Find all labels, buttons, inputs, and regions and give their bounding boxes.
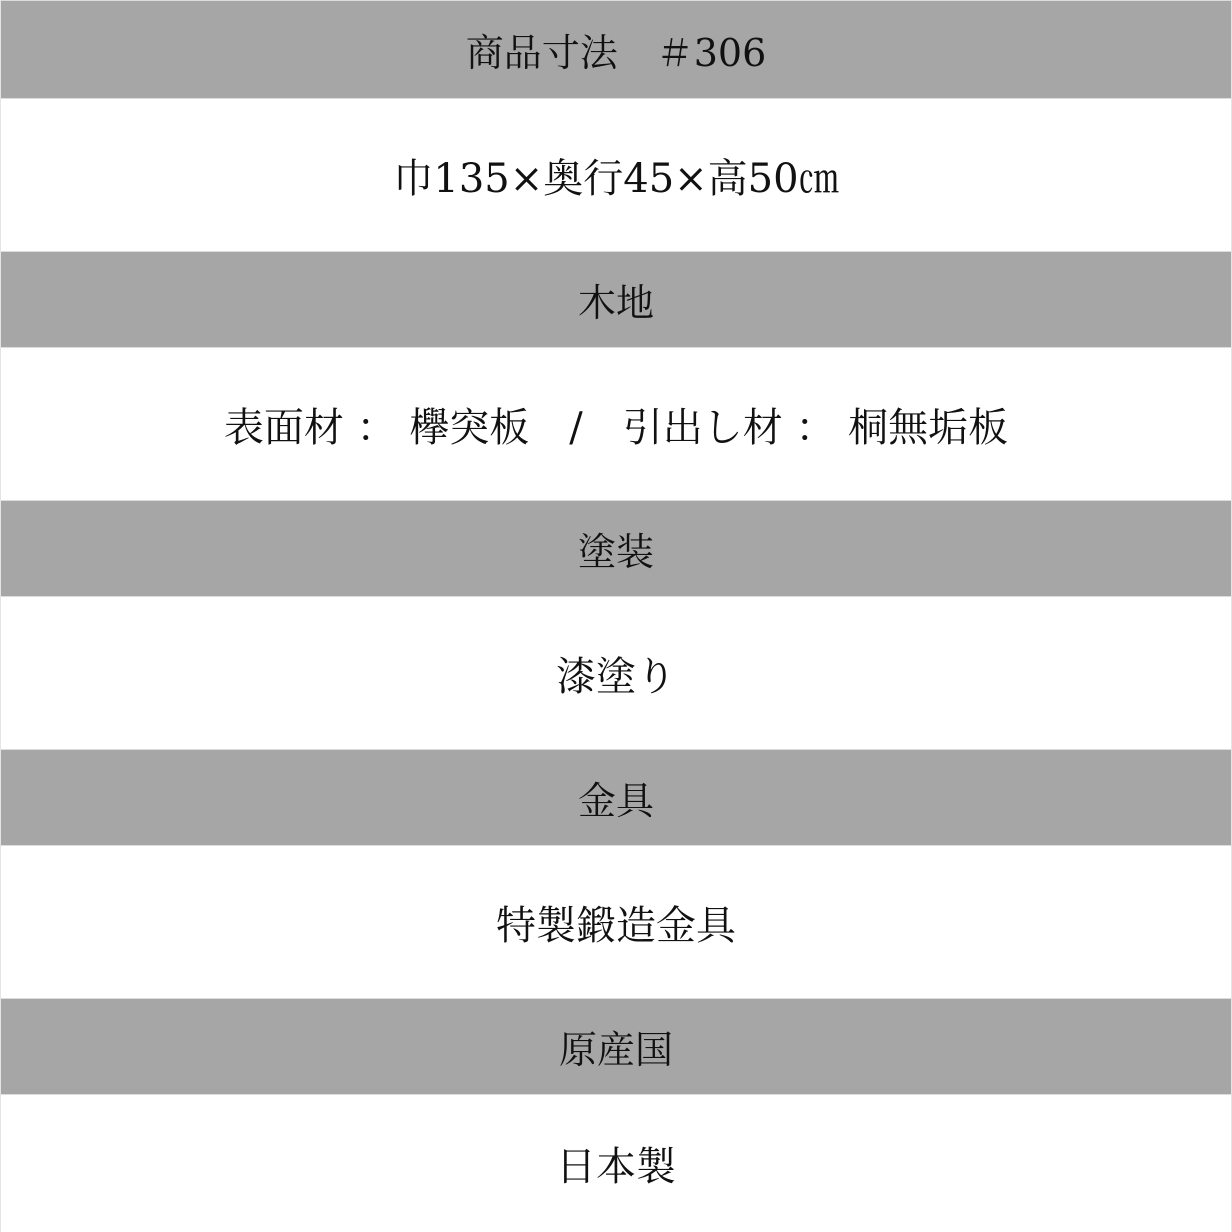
header-label: 塗装 xyxy=(578,521,654,576)
spec-header-hardware: 金具 xyxy=(1,749,1231,846)
spec-header-origin: 原産国 xyxy=(1,998,1231,1095)
header-label: 金具 xyxy=(578,770,654,825)
value-text: 漆塗り xyxy=(556,645,676,702)
header-label: 原産国 xyxy=(559,1019,673,1074)
spec-value-hardware: 特製鍛造金具 xyxy=(1,846,1231,998)
spec-value-dimensions: 巾135×奥行45×高50㎝ xyxy=(1,99,1231,251)
value-text: 巾135×奥行45×高50㎝ xyxy=(393,147,838,204)
spec-header-dimensions: 商品寸法 ＃306 xyxy=(1,0,1231,99)
spec-header-wood: 木地 xyxy=(1,251,1231,348)
header-label: 商品寸法 ＃306 xyxy=(466,22,767,77)
value-text: 表面材 ： 欅突板 / 引出し材 ： 桐無垢板 xyxy=(224,396,1008,453)
spec-value-finish: 漆塗り xyxy=(1,597,1231,749)
spec-header-finish: 塗装 xyxy=(1,500,1231,597)
spec-value-wood: 表面材 ： 欅突板 / 引出し材 ： 桐無垢板 xyxy=(1,348,1231,500)
header-label: 木地 xyxy=(578,272,654,327)
spec-value-origin: 日本製 xyxy=(1,1095,1231,1232)
value-text: 日本製 xyxy=(556,1135,676,1192)
value-text: 特製鍛造金具 xyxy=(496,894,736,951)
product-spec-table: 商品寸法 ＃306 巾135×奥行45×高50㎝ 木地 表面材 ： 欅突板 / … xyxy=(0,0,1232,1232)
